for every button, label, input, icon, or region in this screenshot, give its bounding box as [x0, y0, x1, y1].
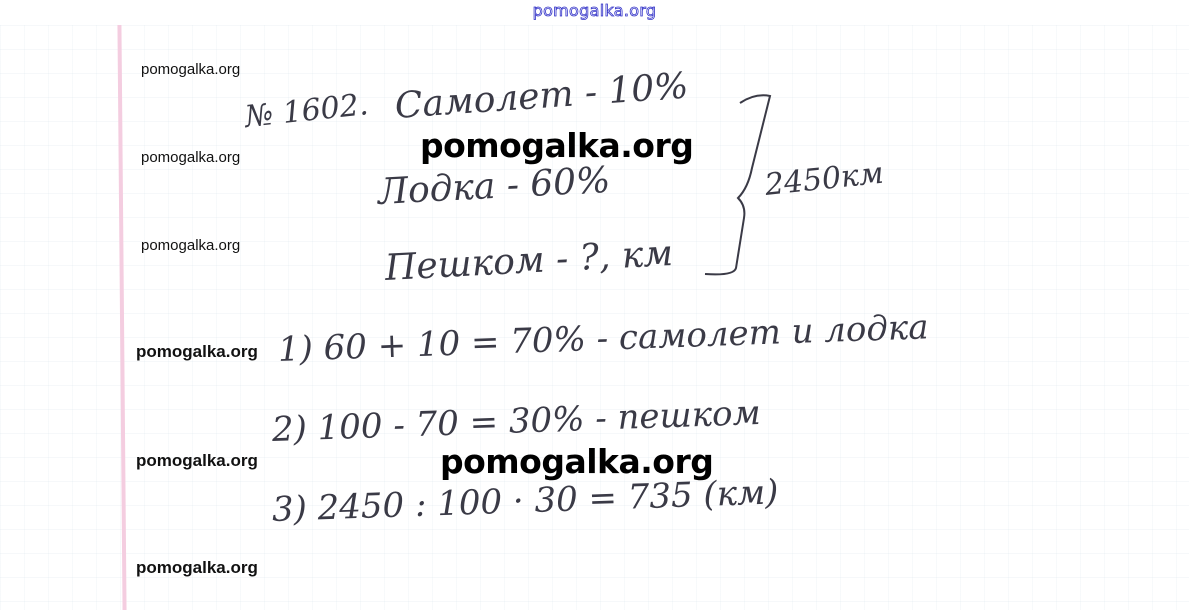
side-watermark: pomogalka.org	[136, 558, 258, 578]
center-watermark: pomogalka.org	[440, 442, 713, 481]
side-watermark: pomogalka.org	[141, 149, 240, 166]
side-watermark: pomogalka.org	[141, 237, 240, 254]
side-watermark: pomogalka.org	[141, 61, 240, 78]
side-watermark: pomogalka.org	[136, 451, 258, 471]
top-watermark: pomogalka.org	[0, 0, 1189, 22]
center-watermark: pomogalka.org	[420, 126, 693, 165]
side-watermark: pomogalka.org	[136, 342, 258, 362]
